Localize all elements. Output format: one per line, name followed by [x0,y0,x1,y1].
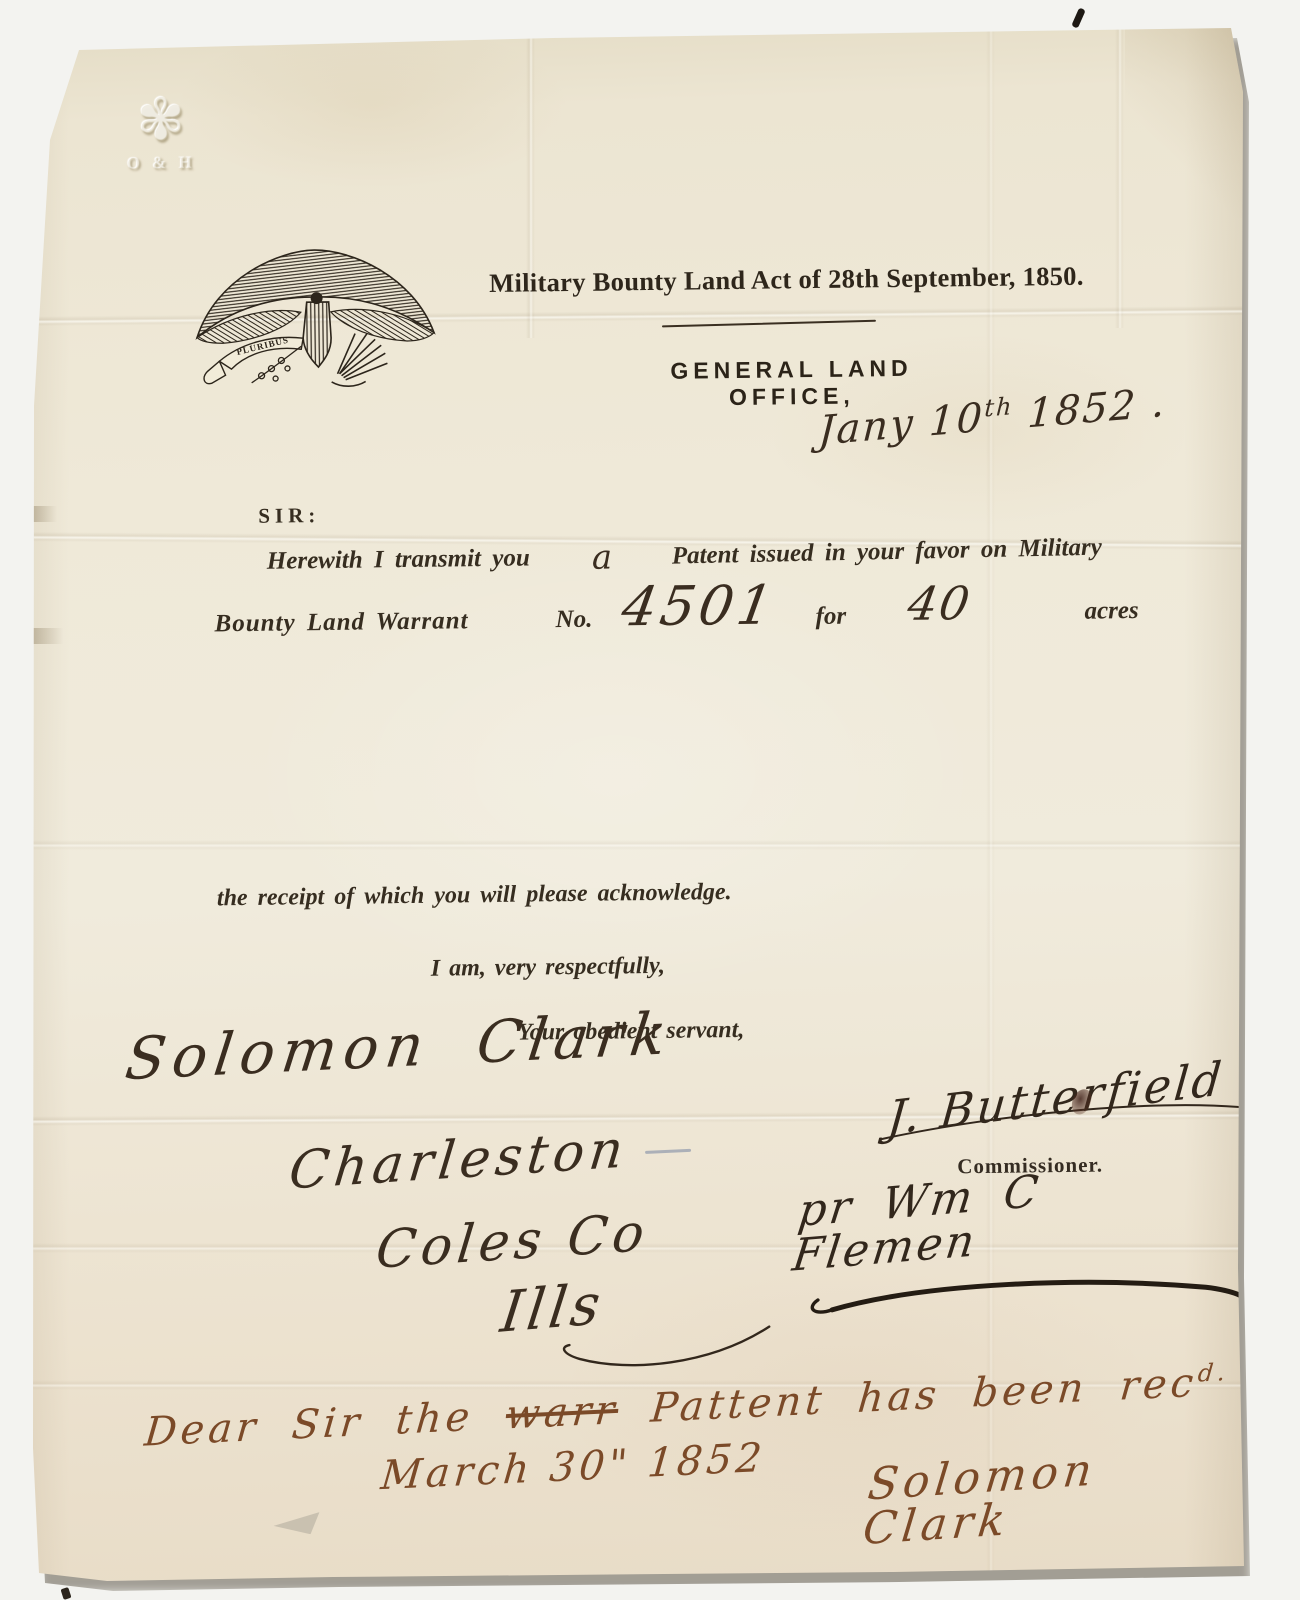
letter-paper: ✾ O & H [33,28,1245,1582]
faint-blue-mark [645,1149,691,1154]
stray-ink-mark [1071,7,1086,28]
handwritten-article: a [592,540,613,574]
embossed-stamp: ✾ O & H [96,91,227,175]
struck-word: warr [504,1387,620,1439]
recipient-county: Coles Co [374,1207,652,1277]
date-year: 1852 . [1012,380,1168,439]
salutation: SIR: [258,505,320,527]
federal-eagle-engraving-icon: PLURIBUS [188,241,442,400]
endorsement-text: Dear Sir the [143,1394,476,1456]
endorsement-date: March 30" 1852 [379,1438,767,1496]
scanned-letter-photo: ✾ O & H [0,0,1300,1600]
body-line1-printed-cont: Patent issued in your favor on Military [672,535,1102,569]
wheat-sheaf [331,333,388,386]
recipient-name: Solomon Clark [122,1004,676,1088]
for-label: for [815,604,846,629]
body-line1-printed: Herewith I transmit you [267,545,530,573]
handwritten-warrant-number: 4501 [618,578,780,634]
handwritten-acreage: 40 [905,580,975,627]
gray-smudge [273,1512,319,1535]
per-signature: pr Wm C Flemen [790,1152,1255,1279]
endorsement-text: Pattent has been rec [649,1360,1199,1432]
number-label: No. [555,607,592,632]
acres-label: acres [1084,598,1138,624]
divider-rule [662,320,876,328]
warrant-label: Bounty Land Warrant [214,608,468,636]
letter-content: ✾ O & H [23,21,1254,1590]
endorsement-signature: Solomon Clark [861,1438,1258,1552]
recipient-town: Charleston [287,1123,631,1197]
recipient-state: Ills [498,1277,608,1342]
stationer-monogram: O & H [97,153,227,175]
embossed-floral-icon: ✾ [96,91,227,151]
stray-ink-mark [60,1587,71,1600]
endorsement-superscript: d. [1197,1358,1231,1388]
date-ordinal: th [984,392,1015,423]
commissioner-signature: J. Butterfield [885,1055,1226,1141]
acknowledge-line: the receipt of which you will please ack… [217,880,732,910]
respectfully-line: I am, very respectfully, [431,954,665,981]
act-title: Military Bounty Land Act of 28th Septemb… [426,260,1146,300]
